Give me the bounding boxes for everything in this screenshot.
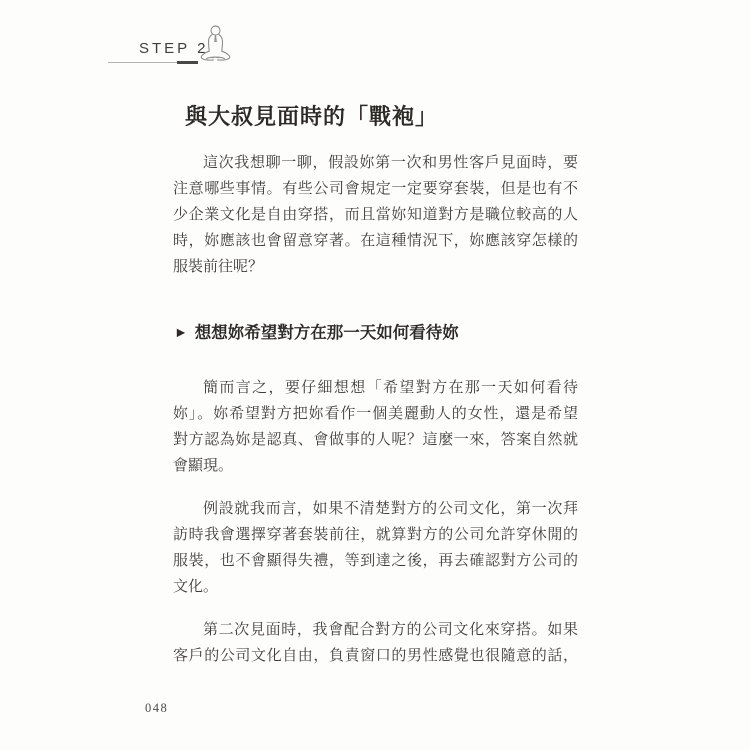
- text-line: 例設就我而言，如果不清楚對方的公司文化，第一次拜: [173, 496, 578, 522]
- text-line: 文化。: [173, 574, 578, 600]
- section-heading-text: 想想妳希望對方在那一天如何看待妳: [195, 320, 459, 346]
- text-line: 服裝，也不會顯得失禮，等到達之後，再去確認對方公司的: [173, 548, 578, 574]
- book-page: STEP 2 與大叔見面時的「戰袍」 這次我想聊一聊，假設妳第一次和男性客戶見面…: [0, 0, 750, 750]
- page-number: 048: [145, 701, 168, 716]
- text-line: 注意哪些事情。有些公司會規定一定要穿套裝，但是也有不: [173, 176, 578, 202]
- text-line: 少企業文化是自由穿搭，而且當妳知道對方是職位較高的人: [173, 202, 578, 228]
- header-rule-accent: [177, 61, 198, 64]
- triangle-bullet-icon: ▶: [177, 321, 185, 347]
- paragraph: 例設就我而言，如果不清楚對方的公司文化，第一次拜訪時我會選擇穿著套裝前往，就算對…: [173, 496, 578, 600]
- page-header: STEP 2: [0, 0, 750, 70]
- text-line: 時，妳應該也會留意穿著。在這種情況下，妳應該穿怎樣的: [173, 228, 578, 254]
- article: 與大叔見面時的「戰袍」 這次我想聊一聊，假設妳第一次和男性客戶見面時，要注意哪些…: [0, 0, 750, 669]
- chapter-title: 與大叔見面時的「戰袍」: [185, 103, 578, 131]
- text-line: 這次我想聊一聊，假設妳第一次和男性客戶見面時，要: [173, 150, 578, 176]
- text-line: 妳」。妳希望對方把妳看作一個美麗動人的女性，還是希望: [173, 401, 578, 427]
- paragraph: 第二次見面時，我會配合對方的公司文化來穿搭。如果客戶的公司文化自由，負責窗口的男…: [173, 617, 578, 669]
- meditating-person-icon: [196, 24, 234, 66]
- article-body: 這次我想聊一聊，假設妳第一次和男性客戶見面時，要注意哪些事情。有些公司會規定一定…: [173, 150, 578, 669]
- section-heading: ▶想想妳希望對方在那一天如何看待妳: [177, 320, 578, 346]
- text-line: 會顯現。: [173, 453, 578, 479]
- text-line: 對方認為妳是認真、會做事的人呢？這麼一來，答案自然就: [173, 427, 578, 453]
- text-line: 第二次見面時，我會配合對方的公司文化來穿搭。如果: [173, 617, 578, 643]
- text-line: 簡而言之，要仔細想想「希望對方在那一天如何看待: [173, 375, 578, 401]
- paragraph: 這次我想聊一聊，假設妳第一次和男性客戶見面時，要注意哪些事情。有些公司會規定一定…: [173, 150, 578, 280]
- text-line: 服裝前往呢？: [173, 254, 578, 280]
- text-line: 客戶的公司文化自由，負責窗口的男性感覺也很隨意的話，: [173, 643, 578, 669]
- paragraph: 簡而言之，要仔細想想「希望對方在那一天如何看待妳」。妳希望對方把妳看作一個美麗動…: [173, 375, 578, 479]
- text-line: 訪時我會選擇穿著套裝前往，就算對方的公司允許穿休閒的: [173, 522, 578, 548]
